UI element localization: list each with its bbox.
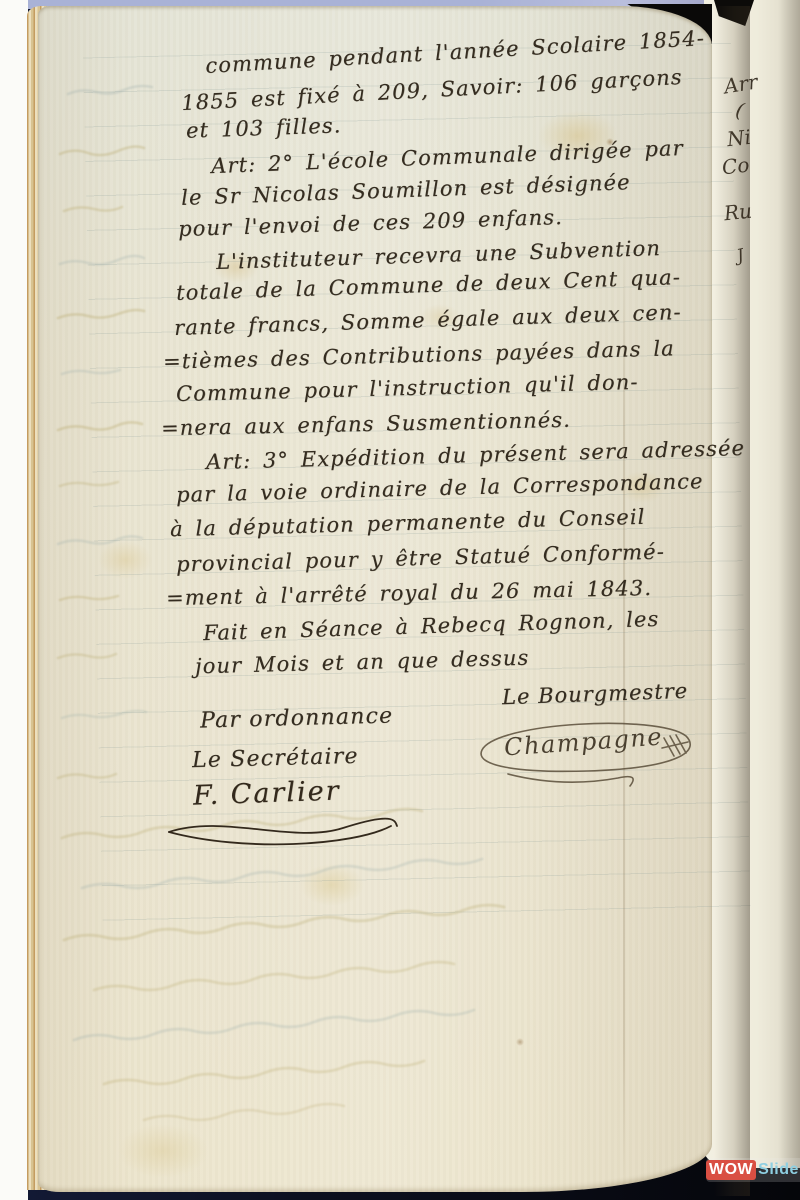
secretary-title: Le Secrétaire (192, 744, 359, 773)
bourgmestre-signature: Champagne (468, 708, 704, 788)
manuscript-line: rante francs, Somme égale aux deux cen- (174, 300, 682, 340)
manuscript-line: Fait en Séance à Rebecq Rognon, les (203, 607, 660, 645)
manuscript-line: jour Mois et an que dessus (195, 646, 530, 679)
manuscript-line: =nera aux enfans Susmentionnés. (161, 408, 571, 441)
secretary-signature: F. Carlier (183, 778, 423, 848)
manuscript-line: et 103 filles. (186, 113, 342, 142)
manuscript-line: =tièmes des Contributions payées dans la (163, 336, 675, 373)
manuscript-text: commune pendant l'année Scolaire 1854- 1… (0, 0, 800, 1200)
manuscript-line: pour l'envoi de ces 209 enfans. (178, 205, 564, 241)
by-order-text: Par ordonnance (200, 703, 394, 733)
photo-frame: Arr ( Ni Co Ru J (0, 0, 800, 1200)
manuscript-line: Commune pour l'instruction qu'il don- (176, 370, 639, 406)
manuscript-line: à la députation permanente du Conseil (170, 505, 646, 541)
signature-flourish (163, 812, 403, 848)
wowslider-watermark-link[interactable]: WOW Slider (706, 1158, 800, 1182)
manuscript-line: Art: 3° Expédition du présent sera adres… (206, 436, 746, 474)
manuscript-line: par la voie ordinaire de la Correspondan… (176, 469, 704, 507)
manuscript-line: =ment à l'arrêté royal du 26 mai 1843. (166, 576, 652, 610)
manuscript-line: provincial pour y être Statué Conformé- (176, 540, 665, 577)
wowslider-wow-label: WOW (706, 1160, 756, 1180)
bourgmestre-title: Le Bourgmestre (502, 679, 689, 709)
wowslider-slider-label: Slider (758, 1161, 800, 1179)
secretary-signature-name: F. Carlier (193, 775, 342, 811)
